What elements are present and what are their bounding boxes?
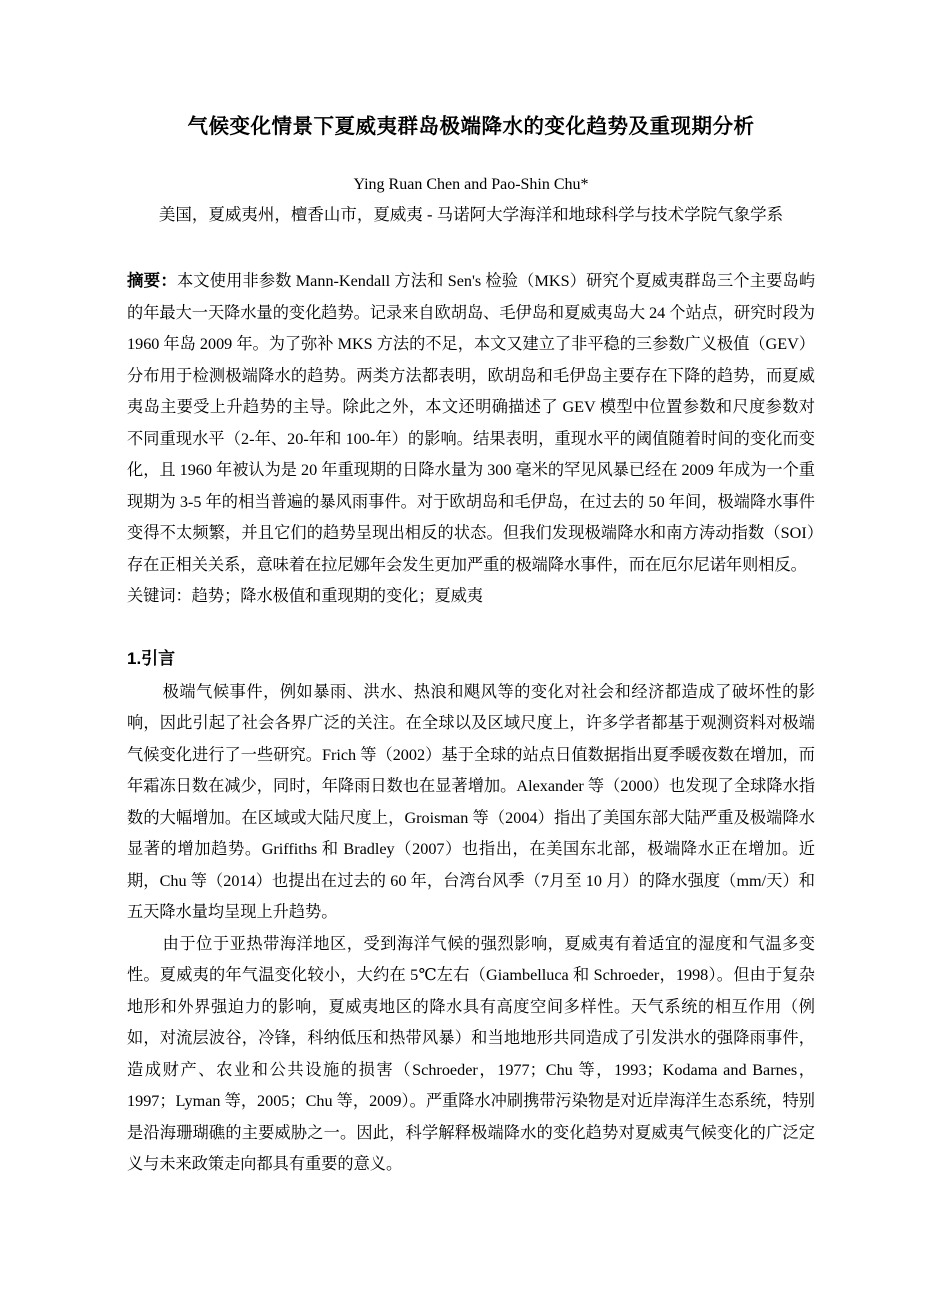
section-1-paragraph-1: 极端气候事件，例如暴雨、洪水、热浪和飓风等的变化对社会和经济都造成了破坏性的影响… [127,677,815,929]
section-1-paragraph-2: 由于位于亚热带海洋地区，受到海洋气候的强烈影响，夏威夷有着适宜的湿度和气温多变性… [127,929,815,1181]
document-page: 气候变化情景下夏威夷群岛极端降水的变化趋势及重现期分析 Ying Ruan Ch… [0,0,926,1309]
authors-line: Ying Ruan Chen and Pao-Shin Chu* [127,175,815,195]
abstract-text: 本文使用非参数 Mann-Kendall 方法和 Sen's 检验（MKS）研究… [127,272,815,574]
keywords-line: 关键词：趋势；降水极值和重现期的变化；夏威夷 [127,581,815,613]
affiliation-line: 美国，夏威夷州，檀香山市，夏威夷 - 马诺阿大学海洋和地球科学与技术学院气象学系 [127,204,815,226]
paper-title: 气候变化情景下夏威夷群岛极端降水的变化趋势及重现期分析 [127,112,815,142]
section-1-heading: 1.引言 [127,643,815,675]
abstract-paragraph: 摘要：本文使用非参数 Mann-Kendall 方法和 Sen's 检验（MKS… [127,266,815,581]
abstract-label: 摘要： [127,272,177,290]
